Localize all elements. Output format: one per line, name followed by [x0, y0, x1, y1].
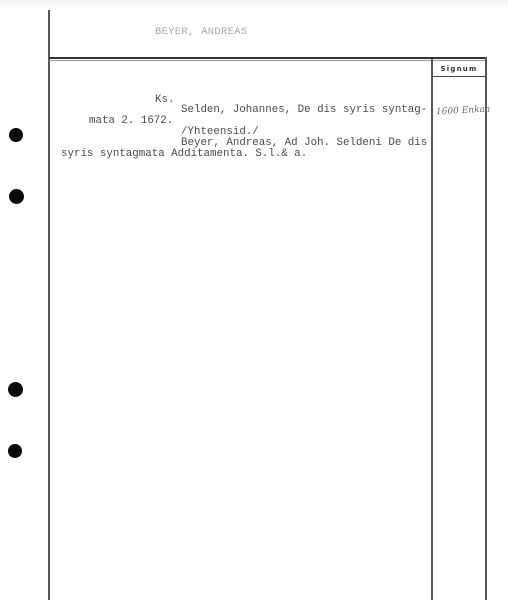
- header-rule-thin: [49, 60, 487, 61]
- top-edge-smudge: [0, 0, 508, 8]
- punch-hole: [9, 189, 24, 204]
- left-margin-rule: [48, 10, 50, 600]
- signum-column-right-rule: [485, 57, 487, 600]
- signum-column-header: Signum: [433, 62, 485, 76]
- signum-column-left-rule: [431, 59, 433, 600]
- punch-hole: [9, 128, 23, 142]
- signum-header-divider: [432, 76, 486, 77]
- entry-line-title-continued: mata 2. 1672.: [89, 116, 173, 127]
- catalog-card: BEYER, ANDREAS Signum 1600 Enkaa Ks. Sel…: [0, 0, 508, 600]
- entry-line-main-title: Selden, Johannes, De dis syris syntag-: [181, 105, 427, 116]
- card-heading-author: BEYER, ANDREAS: [155, 26, 247, 38]
- entry-line-work-continued: syris syntagmata Additamenta. S.l.& a.: [61, 149, 307, 160]
- punch-hole: [8, 382, 23, 397]
- punch-hole: [8, 444, 22, 458]
- signum-handwritten-shelfmark: 1600 Enkaa: [436, 105, 491, 118]
- entry-line-cross-reference: Ks.: [155, 95, 174, 106]
- header-rule-thick: [49, 57, 487, 59]
